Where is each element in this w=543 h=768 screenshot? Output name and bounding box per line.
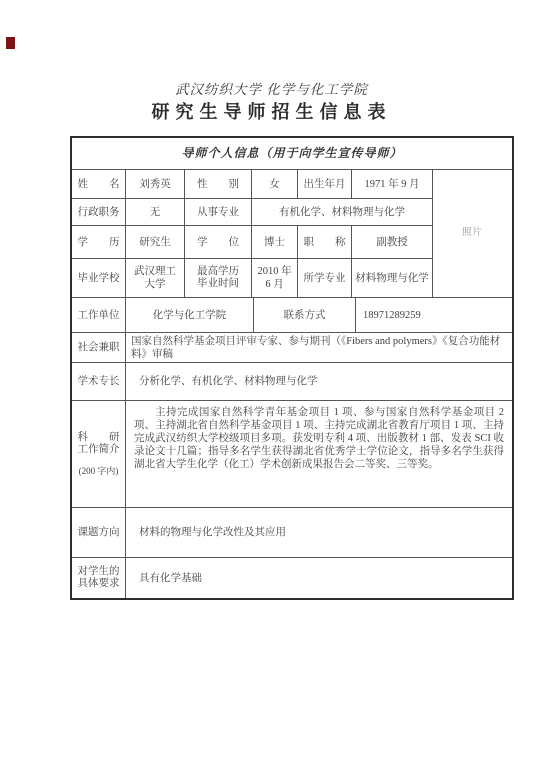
row-work-unit: 工作单位 化学与化工学院 联系方式 18971289259 xyxy=(72,298,512,333)
table-header-row: 导师个人信息（用于向学生宣传导师） xyxy=(72,138,512,170)
study-major-label: 所学专业 xyxy=(298,259,352,297)
requirement-label-line1: 对学生的 xyxy=(78,566,120,578)
contact-label: 联系方式 xyxy=(254,298,356,332)
row-social: 社会兼职 国家自然科学基金项目评审专家、参与期刊（《Fibers and pol… xyxy=(72,333,512,363)
research-label-line1: 科 研 xyxy=(78,432,120,444)
research-value: 主持完成国家自然科学青年基金项目 1 项、参与国家自然科学基金项目 2 项、主持… xyxy=(129,402,509,475)
school-name: 武汉纺织大学 化学与化工学院 xyxy=(0,78,543,98)
research-value-cell: 主持完成国家自然科学青年基金项目 1 项、参与国家自然科学基金项目 2 项、主持… xyxy=(126,401,512,507)
table-header: 导师个人信息（用于向学生宣传导师） xyxy=(72,138,512,169)
row-research: 科 研 工作简介 (200 字内) 主持完成国家自然科学青年基金项目 1 项、参… xyxy=(72,401,512,508)
row-topic: 课题方向 材料的物理与化学改性及其应用 xyxy=(72,508,512,558)
row-grad-school: 毕业学校 武汉理工大学 最高学历 毕业时间 2010 年 6 月 所学专业 材料… xyxy=(72,259,433,297)
degree-label: 学 位 xyxy=(185,226,252,258)
study-major-value: 材料物理与化学 xyxy=(352,259,433,297)
page-title: 研究生导师招生信息表 xyxy=(0,98,543,124)
document-page: 武汉纺织大学 化学与化工学院 研究生导师招生信息表 导师个人信息（用于向学生宣传… xyxy=(0,0,543,768)
topic-value: 材料的物理与化学改性及其应用 xyxy=(126,508,512,557)
contact-value: 18971289259 xyxy=(356,298,512,332)
expertise-value: 分析化学、有机化学、材料物理与化学 xyxy=(126,363,512,400)
rank-label: 职 称 xyxy=(298,226,352,258)
row-education: 学 历 研究生 学 位 博士 职 称 副教授 xyxy=(72,226,433,259)
expertise-label: 学术专长 xyxy=(72,363,126,400)
row-expertise: 学术专长 分析化学、有机化学、材料物理与化学 xyxy=(72,363,512,401)
personal-info-left: 姓 名 刘秀英 性 别 女 出生年月 1971 年 9 月 行政职务 无 从事专… xyxy=(72,170,433,297)
education-label: 学 历 xyxy=(72,226,126,258)
admin-value: 无 xyxy=(126,199,185,225)
personal-info-block: 姓 名 刘秀英 性 别 女 出生年月 1971 年 9 月 行政职务 无 从事专… xyxy=(72,170,512,298)
gender-value: 女 xyxy=(252,170,298,198)
grad-time-label-line1: 最高学历 xyxy=(197,266,239,278)
row-admin: 行政职务 无 从事专业 有机化学、材料物理与化学 xyxy=(72,199,433,226)
admin-label: 行政职务 xyxy=(72,199,126,225)
requirement-label-line2: 具体要求 xyxy=(78,578,120,590)
gender-label: 性 别 xyxy=(185,170,252,198)
name-value: 刘秀英 xyxy=(126,170,185,198)
requirement-label: 对学生的 具体要求 xyxy=(72,558,126,598)
name-label: 姓 名 xyxy=(72,170,126,198)
grad-school-value: 武汉理工大学 xyxy=(126,259,185,297)
social-value: 国家自然科学基金项目评审专家、参与期刊（《Fibers and polymers… xyxy=(126,333,512,362)
rank-value: 副教授 xyxy=(352,226,433,258)
topic-label: 课题方向 xyxy=(72,508,126,557)
social-label: 社会兼职 xyxy=(72,333,126,362)
grad-school-label: 毕业学校 xyxy=(72,259,126,297)
major-value: 有机化学、材料物理与化学 xyxy=(252,199,433,225)
degree-value: 博士 xyxy=(252,226,298,258)
red-mark xyxy=(6,37,15,49)
supervisor-info-table: 导师个人信息（用于向学生宣传导师） 姓 名 刘秀英 性 别 女 出生年月 197… xyxy=(70,136,514,600)
work-unit-label: 工作单位 xyxy=(72,298,126,332)
work-unit-value: 化学与化工学院 xyxy=(126,298,254,332)
requirement-value: 具有化学基础 xyxy=(126,558,512,598)
research-label: 科 研 工作简介 (200 字内) xyxy=(72,401,126,507)
grad-time-value: 2010 年 6 月 xyxy=(252,259,298,297)
research-label-line2: 工作简介 xyxy=(78,444,120,456)
birth-label: 出生年月 xyxy=(298,170,352,198)
major-label: 从事专业 xyxy=(185,199,252,225)
grad-time-label: 最高学历 毕业时间 xyxy=(185,259,252,297)
research-label-note: (200 字内) xyxy=(79,465,119,477)
grad-time-label-line2: 毕业时间 xyxy=(197,278,239,290)
education-value: 研究生 xyxy=(126,226,185,258)
row-requirement: 对学生的 具体要求 具有化学基础 xyxy=(72,558,512,598)
row-name: 姓 名 刘秀英 性 别 女 出生年月 1971 年 9 月 xyxy=(72,170,433,199)
birth-value: 1971 年 9 月 xyxy=(352,170,433,198)
photo-placeholder: 照片 xyxy=(433,170,512,297)
